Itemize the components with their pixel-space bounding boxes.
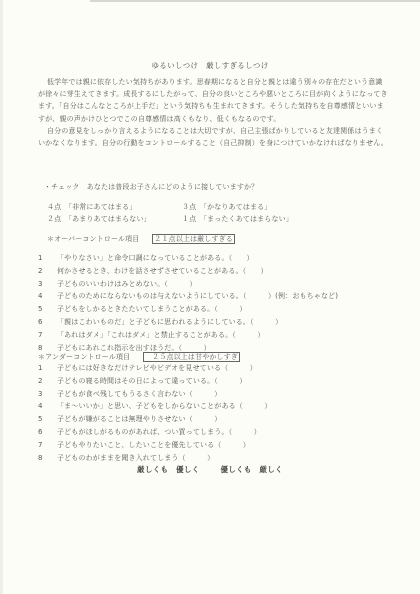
list-item: 6子どもがほしがるものがあれば、つい買ってしまう。（ ） [38, 426, 272, 439]
list-item: 8子どものわがままを聞き入れてしまう（ ） [38, 452, 272, 465]
under-control-header: ＊アンダーコントロール項目 ２５点以上は甘やかしすぎ [38, 352, 240, 362]
list-item: 1子どもには好きなだけテレビやビデオを見せている（ ） [38, 362, 272, 375]
list-item: 1「やりなさい」と命令口調になっていることがある。（ ） [38, 252, 338, 265]
score-3: ３点 「かなりあてはまる」 [182, 202, 271, 212]
intro-paragraph-1: 低学年では親に依存したい気持ちがあります。思春期になると自分と親とは違う別々の存… [38, 76, 388, 125]
under-control-heading: ＊アンダーコントロール項目 [38, 353, 130, 361]
closing-right: 優しくも 厳しく [220, 465, 282, 474]
document-title: ゆるいしつけ 厳しすぎるしつけ [0, 60, 420, 71]
under-control-list: 1子どもには好きなだけテレビやビデオを見せている（ ） 2子どもの寝る時間はその… [38, 362, 272, 464]
list-item: 5子どもをしかるときたたいてしまうことがある。（ ） [38, 303, 338, 316]
closing-left: 厳しくも 優しく [137, 465, 199, 474]
list-item: 3子どものいいわけはみとめない。（ ） [38, 278, 338, 291]
over-control-list: 1「やりなさい」と命令口調になっていることがある。（ ） 2何かさせるとき、わけ… [38, 252, 338, 354]
list-item: 7「あれはダメ」「これはダメ」と禁止することがある。（ ） [38, 329, 338, 342]
score-1: １点 「まったくあてはまらない」 [182, 214, 293, 224]
over-control-header: ＊オーバーコントロール項目 ２１点以上は厳しすぎる [47, 234, 235, 244]
intro-text: 低学年では親に依存したい気持ちがあります。思春期になると自分と親とは違う別々の存… [38, 76, 388, 149]
list-item: 7子どもやりたいこと、したいことを優先している（ ） [38, 439, 272, 452]
closing-motto: 厳しくも 優しく 優しくも 厳しく [0, 464, 420, 475]
list-item: 6「親はこわいものだ」と子どもに思われるようにしている。（ ） [38, 316, 338, 329]
under-control-threshold: ２５点以上は甘やかしすぎ [143, 352, 240, 362]
list-item: 5子どもが嫌がることは無理やりさせない（ ） [38, 413, 272, 426]
score-4: ４点 「非常にあてはまる」 [47, 202, 136, 212]
scan-edge-top [90, 0, 420, 2]
list-item: 2子どもの寝る時間はその日によって違っている。（ ） [38, 375, 272, 388]
document-page: ゆるいしつけ 厳しすぎるしつけ 低学年では親に依存したい気持ちがあります。思春期… [0, 0, 420, 594]
list-item: 2何かさせるとき、わけを話させずさせていることがある。（ ） [38, 265, 338, 278]
score-2: ２点 「あまりあてはまらない」 [47, 214, 151, 224]
check-prompt: ・チェック あなたは普段お子さんにどのように接していますか？ [44, 182, 258, 192]
list-item: 3子どもが食べ残してもうるさく言わない（ ） [38, 388, 272, 401]
list-item: 4子どものためにならないものは与えないようにしている。（ ）(例：おもちゃなど) [38, 290, 338, 303]
over-control-threshold: ２１点以上は厳しすぎる [152, 234, 235, 244]
intro-paragraph-2: 自分の意見をしっかり言えるようになることは大切ですが、自己主張ばかりしていると友… [38, 125, 388, 149]
over-control-heading: ＊オーバーコントロール項目 [47, 235, 139, 243]
list-item: 4「ま～いいか」と思い、子どもをしからないことがある（ ） [38, 400, 272, 413]
scan-edge-left [0, 0, 3, 594]
